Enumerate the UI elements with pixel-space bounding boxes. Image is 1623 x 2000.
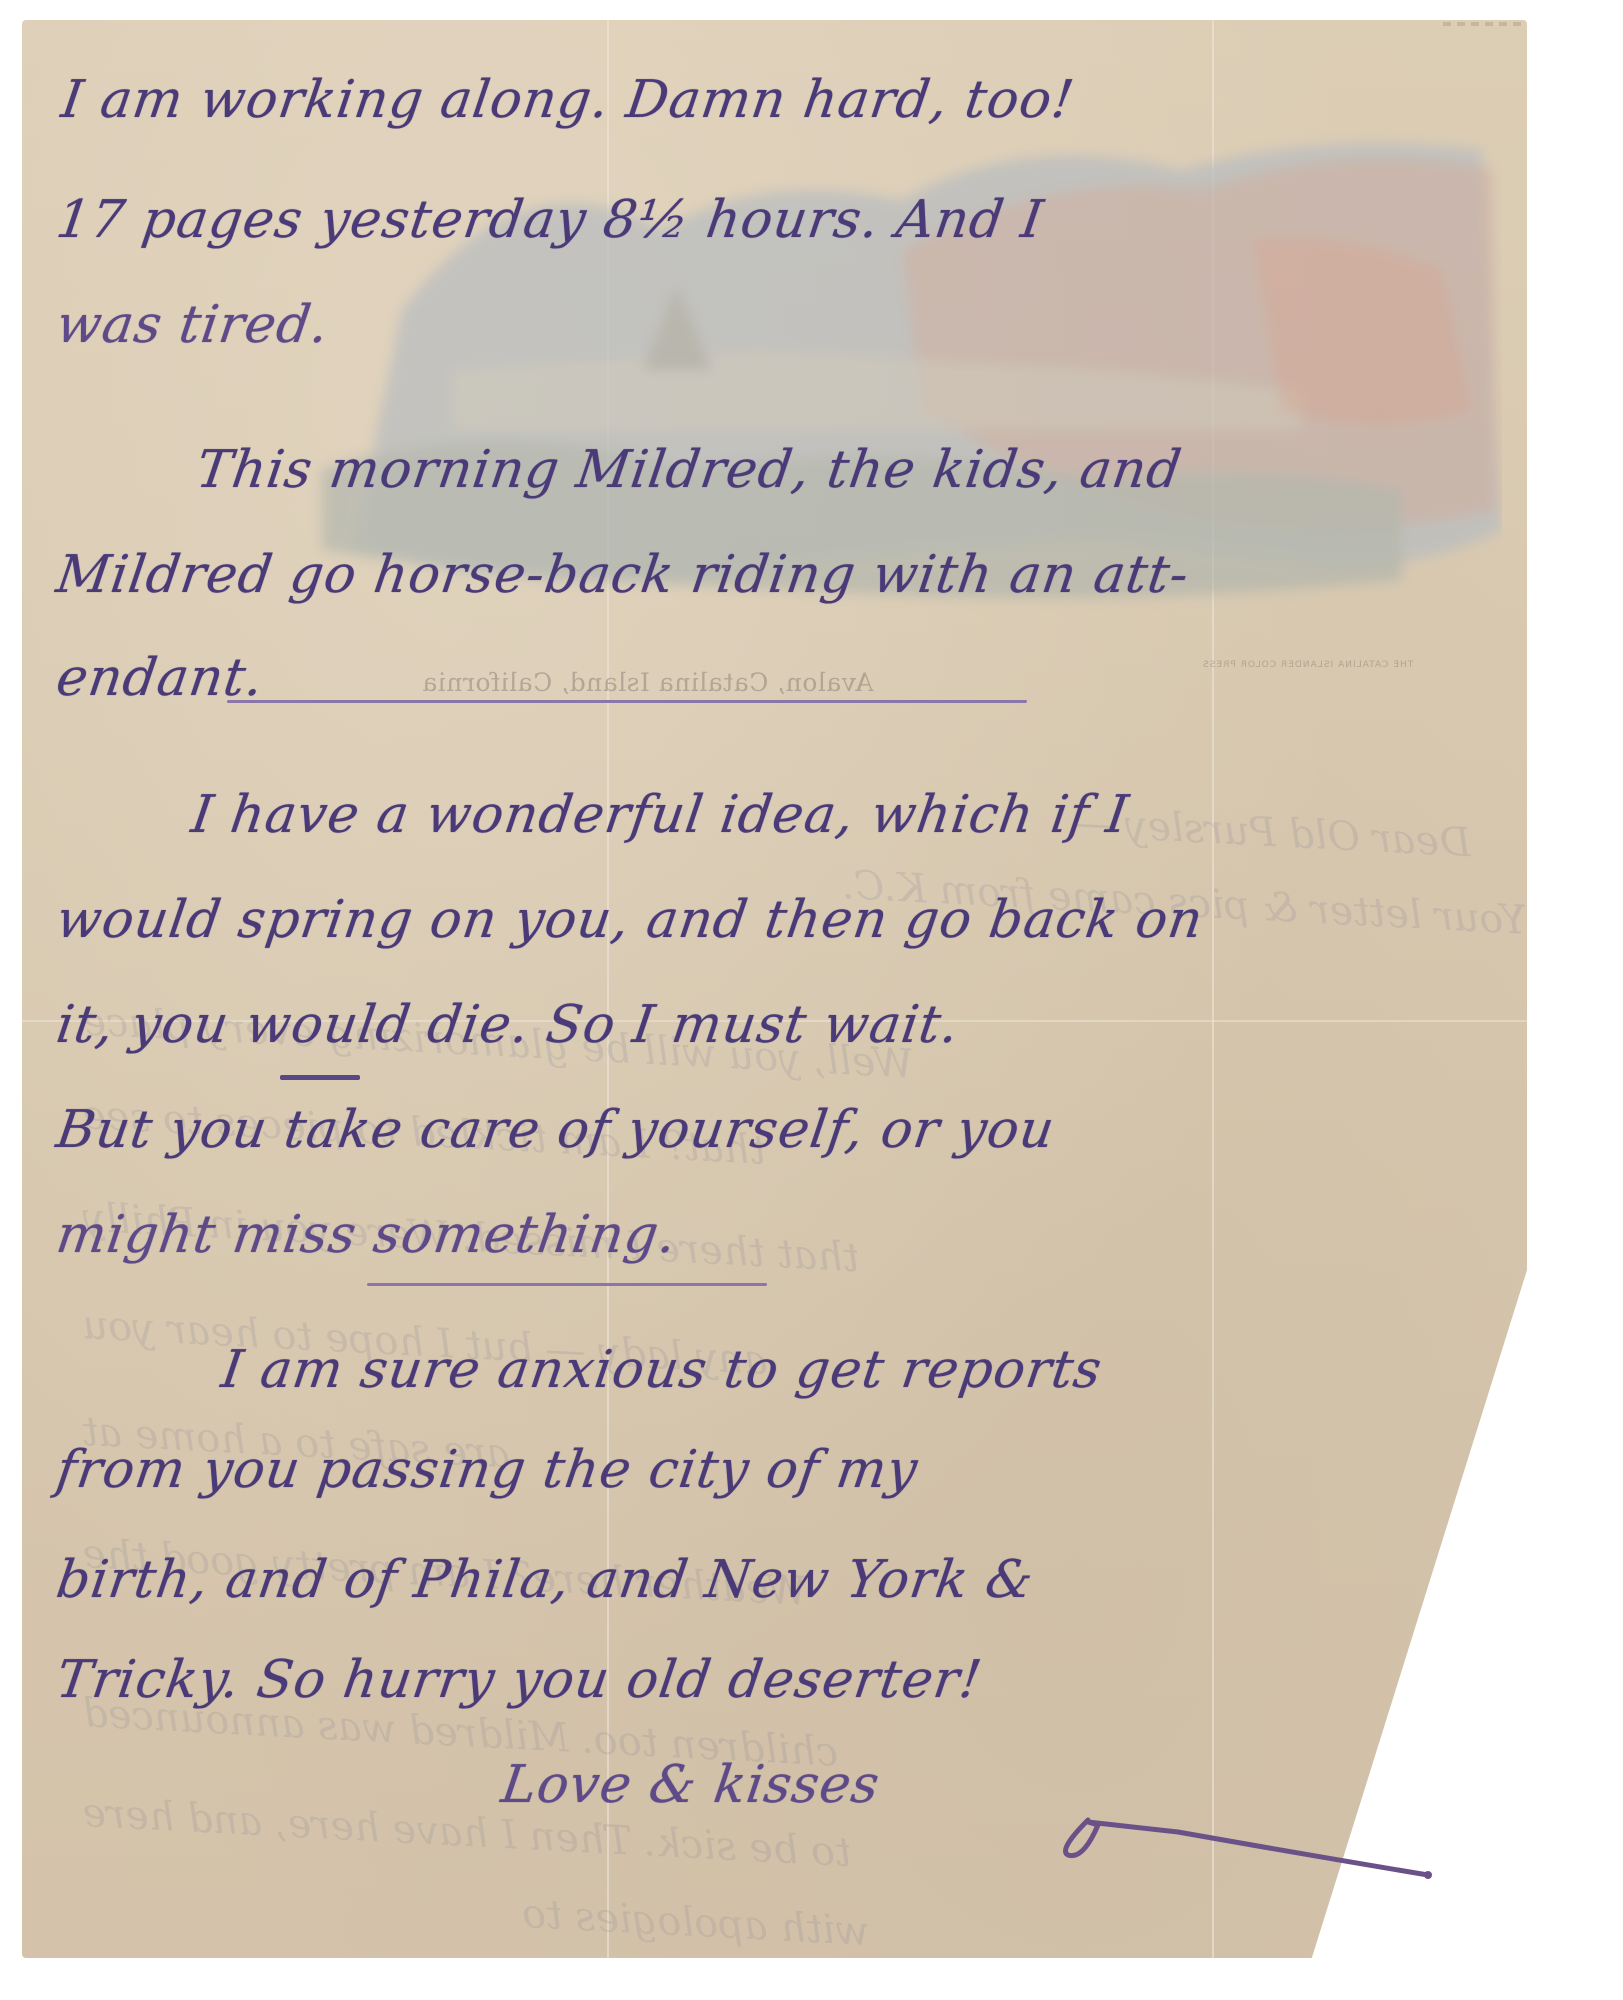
- handwritten-line: it, you would die. So I must wait.: [53, 995, 963, 1055]
- underline-die: [280, 1075, 360, 1080]
- bleed-through-line: Dear Old Pursley —: [1071, 800, 1472, 867]
- handwritten-line: endant.: [53, 648, 268, 708]
- handwritten-line: This morning Mildred, the kids, and: [193, 440, 1186, 500]
- handwritten-line: might miss something.: [53, 1205, 681, 1265]
- handwritten-line: from you passing the city of my: [53, 1440, 922, 1500]
- handwritten-line: was tired.: [53, 295, 333, 355]
- handwritten-line: I have a wonderful idea, which if I: [188, 785, 1133, 845]
- perforated-edge: [1443, 22, 1523, 26]
- fold-crease: [1212, 20, 1214, 1958]
- handwritten-line: I am sure anxious to get reports: [218, 1340, 1106, 1400]
- handwritten-line: Mildred go horse-back riding with an att…: [53, 545, 1193, 605]
- signature: [1058, 1810, 1438, 1880]
- press-credit-mirrored: THE CATALINA ISLANDER COLOR PRESS: [1202, 660, 1413, 670]
- letter-sheet: THE CATALINA ISLANDER COLOR PRESS Avalon…: [22, 20, 1527, 1958]
- handwritten-line: Tricky. So hurry you old deserter!: [53, 1650, 986, 1710]
- closing: Love & kisses: [498, 1755, 884, 1815]
- divider-rule: [227, 700, 1027, 703]
- letterhead-place-mirrored: Avalon, Catalina Island, California: [422, 668, 873, 697]
- handwritten-line: I am working along. Damn hard, too!: [58, 70, 1078, 130]
- handwritten-line: 17 pages yesterday 8½ hours. And I: [53, 190, 1048, 250]
- handwritten-line: would spring on you, and then go back on: [53, 890, 1207, 950]
- handwritten-line: But you take care of yourself, or you: [53, 1100, 1059, 1160]
- bleed-through-line: with apologies to: [521, 1891, 870, 1955]
- divider-rule: [367, 1283, 767, 1286]
- handwritten-line: birth, and of Phila, and New York &: [53, 1550, 1038, 1610]
